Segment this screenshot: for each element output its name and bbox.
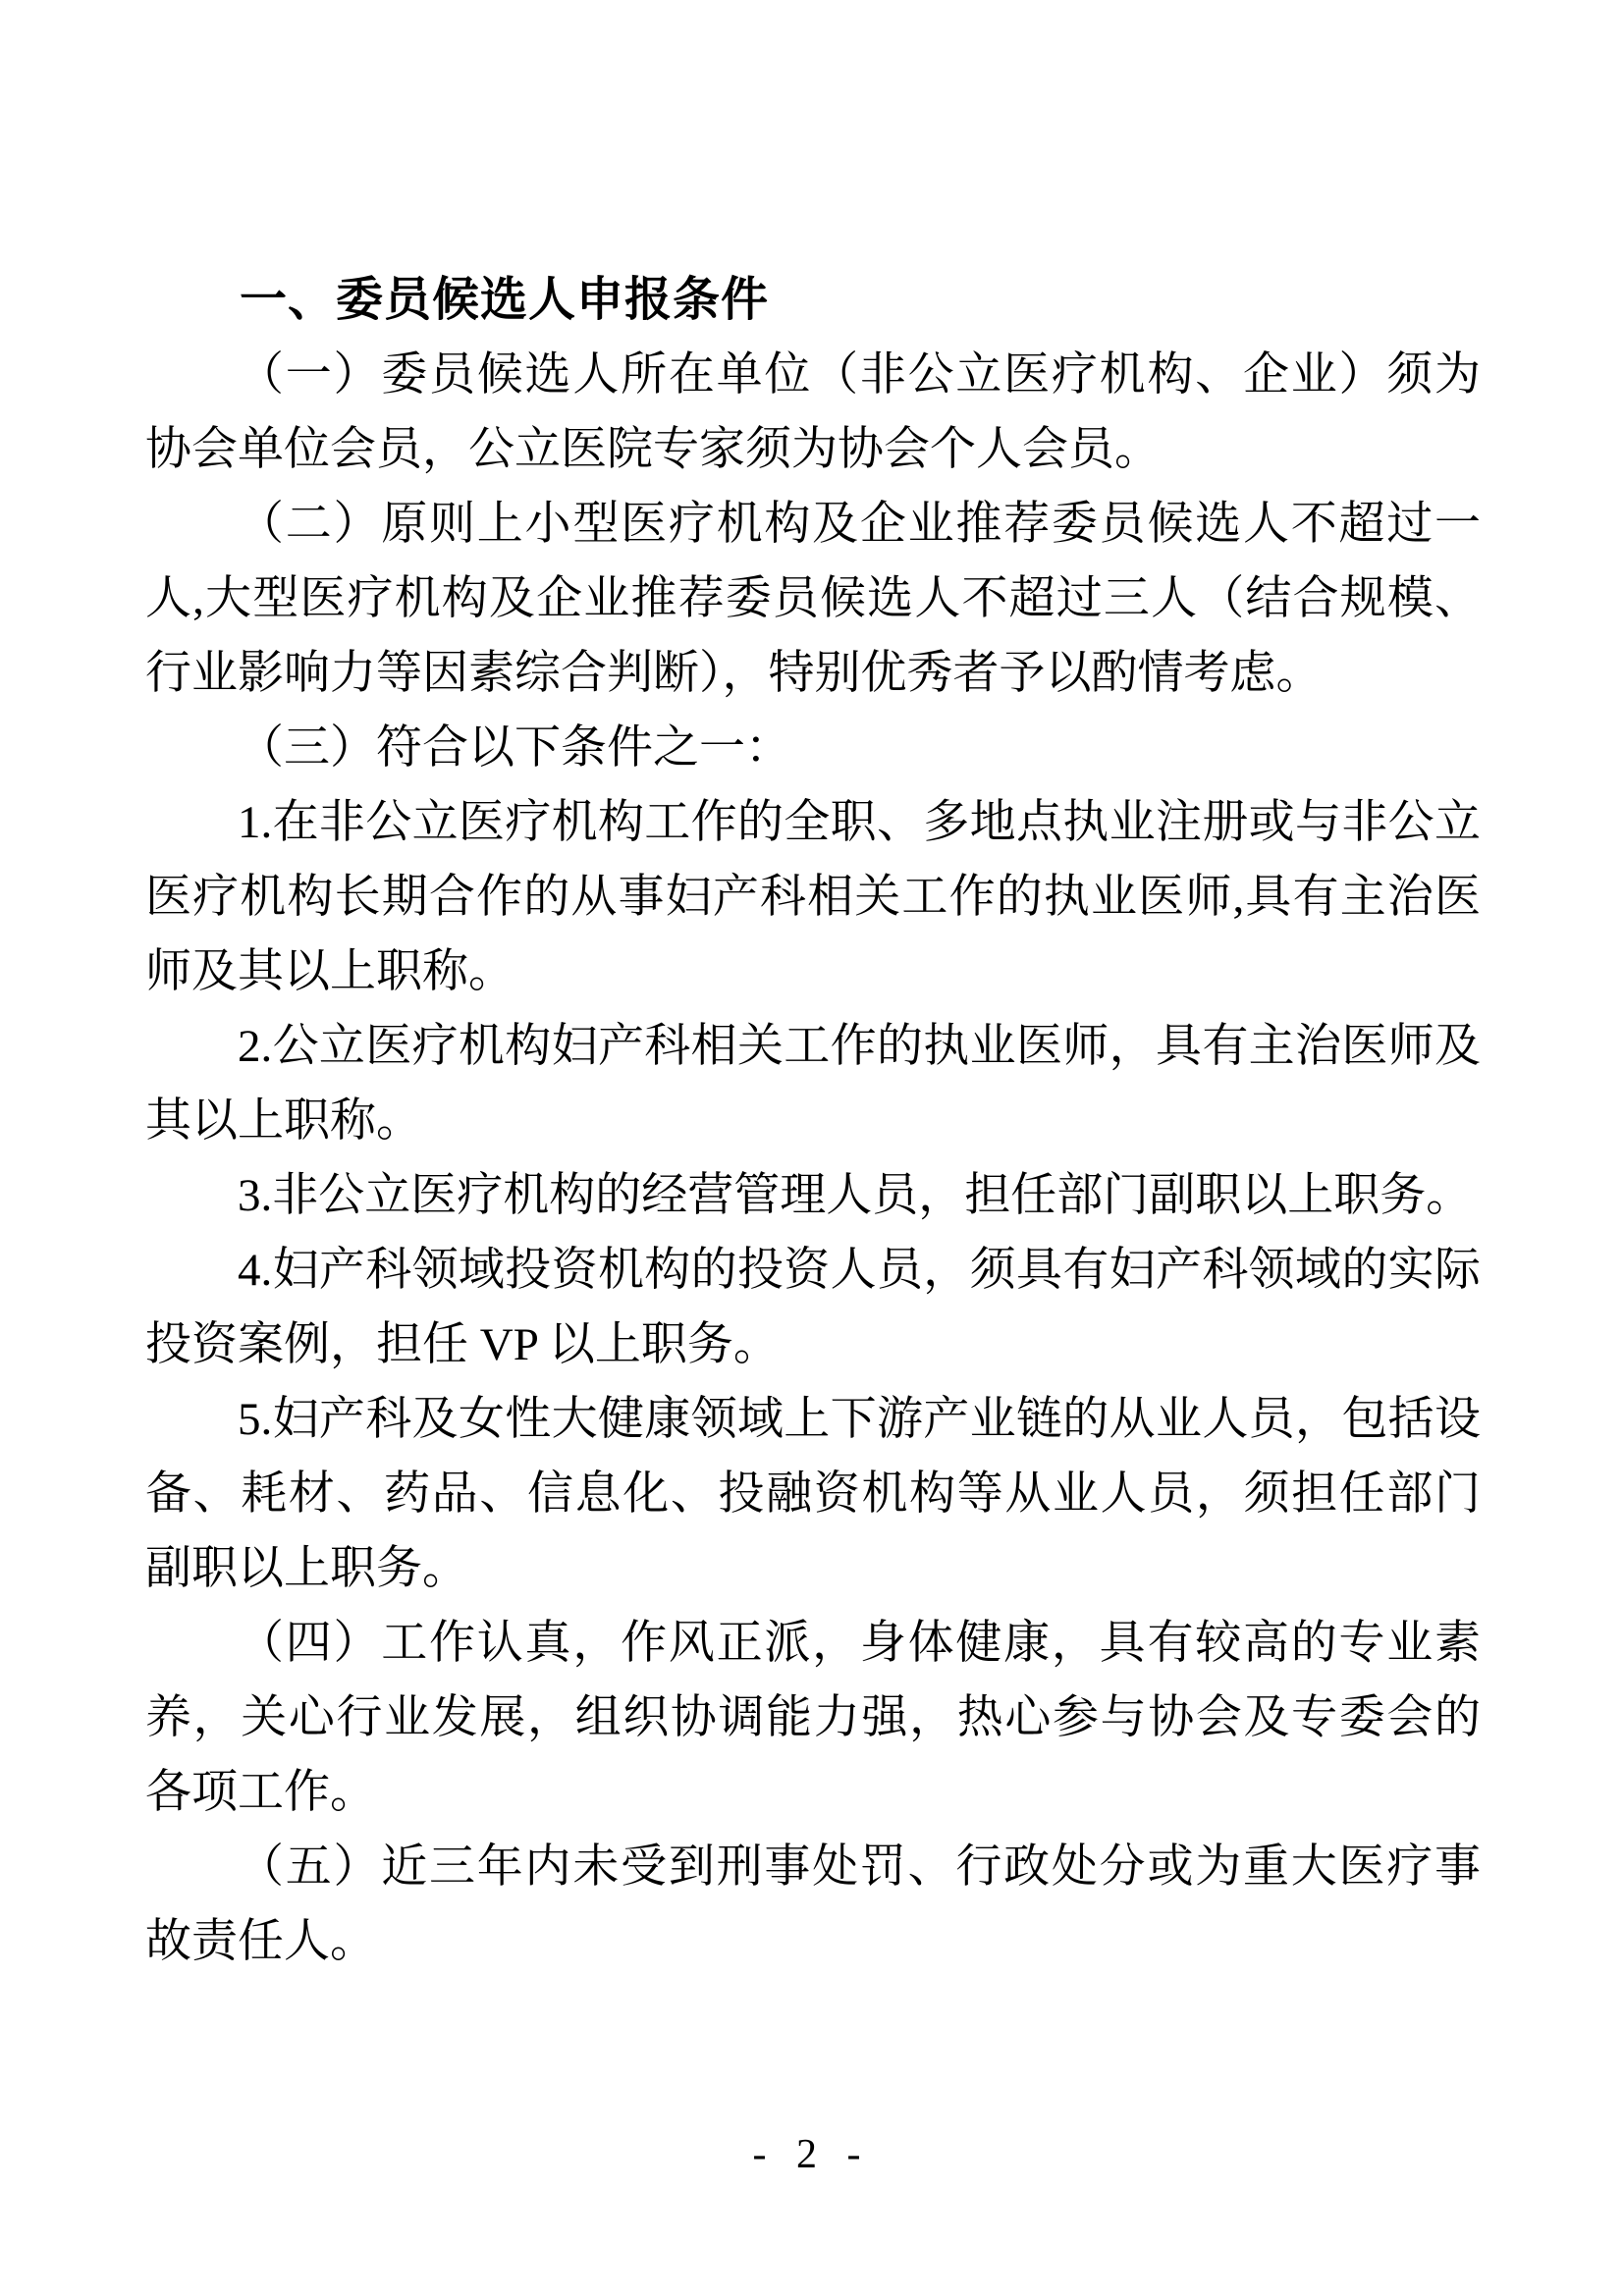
section-heading: 一、委员候选人申报条件 (145, 263, 1481, 338)
document-body: 一、委员候选人申报条件 （一）委员候选人所在单位（非公立医疗机构、企业）须为协会… (145, 263, 1481, 1979)
page-number: - 2 - (0, 2125, 1623, 2184)
paragraph-item-1: （一）委员候选人所在单位（非公立医疗机构、企业）须为协会单位会员，公立医院专家须… (145, 338, 1481, 487)
paragraph-condition-5: 5.妇产科及女性大健康领域上下游产业链的从业人员，包括设备、耗材、药品、信息化、… (145, 1382, 1481, 1606)
paragraph-item-2: （二）原则上小型医疗机构及企业推荐委员候选人不超过一人,大型医疗机构及企业推荐委… (145, 487, 1481, 711)
paragraph-condition-1: 1.在非公立医疗机构工作的全职、多地点执业注册或与非公立医疗机构长期合作的从事妇… (145, 785, 1481, 1009)
paragraph-condition-3: 3.非公立医疗机构的经营管理人员，担任部门副职以上职务。 (145, 1158, 1481, 1233)
document-page: 一、委员候选人申报条件 （一）委员候选人所在单位（非公立医疗机构、企业）须为协会… (0, 0, 1623, 2296)
paragraph-item-3: （三）符合以下条件之一： (145, 711, 1481, 785)
paragraph-item-5: （五）近三年内未受到刑事处罚、行政处分或为重大医疗事故责任人。 (145, 1830, 1481, 1979)
paragraph-item-4: （四）工作认真，作风正派，身体健康，具有较高的专业素养，关心行业发展，组织协调能… (145, 1606, 1481, 1830)
paragraph-condition-2: 2.公立医疗机构妇产科相关工作的执业医师，具有主治医师及其以上职称。 (145, 1009, 1481, 1158)
paragraph-condition-4: 4.妇产科领域投资机构的投资人员，须具有妇产科领域的实际投资案例，担任 VP 以… (145, 1233, 1481, 1382)
